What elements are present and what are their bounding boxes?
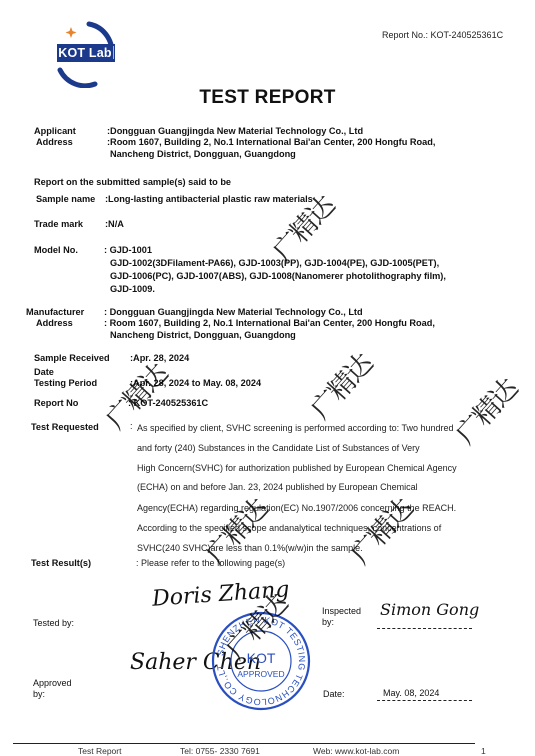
inspected-by-signature: Simon Gong [380,600,479,619]
test-requested-line: SVHC(240 SVHC)are less than 0.1%(w/w)in … [137,543,363,553]
manufacturer-label: Manufacturer [26,307,84,317]
manufacturer-address-line2: Nancheng District, Dongguan, Guangdong [110,330,296,340]
applicant-address-line2: Nancheng District, Dongguan, Guangdong [110,149,296,159]
model-no-line: GJD-1009. [110,284,155,294]
model-no-line: : GJD-1001 [104,245,152,255]
model-no-line: GJD-1006(PC), GJD-1007(ABS), GJD-1008(Na… [110,271,446,281]
report-no-label: Report No [34,398,78,408]
model-no-label: Model No. [34,245,78,255]
footer-web: Web: www.kot-lab.com [313,746,399,756]
svg-text:APPROVED: APPROVED [237,669,284,679]
testing-period-label: Testing Period [34,378,97,388]
inspected-by-label-2: by: [322,617,334,627]
manufacturer-address-label: Address [36,318,73,328]
star-icon [66,27,77,38]
page-title: TEST REPORT [0,87,535,109]
applicant-address-line1: :Room 1607, Building 2, No.1 Internation… [107,137,435,147]
watermark: 广精达 [445,369,524,451]
manufacturer-address-line1: : Room 1607, Building 2, No.1 Internatio… [104,318,435,328]
test-results-value: : Please refer to the following page(s) [136,558,285,568]
sample-received-label: Sample Received [34,353,110,363]
approved-by-label: Approved [33,678,72,688]
footer-title: Test Report [78,746,121,756]
inspected-by-label: Inspected [322,606,361,616]
date-label: Date: [323,689,345,699]
sample-received-value: :Apr. 28, 2024 [130,353,189,363]
sample-received-label-date: Date [34,367,54,377]
report-number-header: Report No.: KOT-240525361C [382,30,503,40]
tested-by-signature: Doris Zhang [151,577,290,612]
approval-stamp: SHENZHEN KOT TESTING TECHNOLOGY CO.,LTD … [211,611,311,711]
kot-lab-logo: KOT Lab [55,18,125,88]
test-results-label: Test Result(s) [31,558,91,568]
footer-page-number: 1 [481,746,486,756]
watermark: 广精达 [300,344,379,426]
tested-by-label: Tested by: [33,618,74,628]
report-intro: Report on the submitted sample(s) said t… [34,177,231,187]
svg-text:KOT: KOT [247,650,276,666]
test-requested-line: High Concern(SVHC) for authorization pub… [137,463,457,473]
inspected-by-line [377,628,472,629]
approved-by-label-2: by: [33,689,45,699]
testing-period-value: :Apr. 28, 2024 to May. 08, 2024 [130,378,261,388]
date-value: May. 08, 2024 [383,688,439,698]
test-requested-line: and forty (240) Substances in the Candid… [137,443,420,453]
manufacturer-value: : Dongguan Guangjingda New Material Tech… [104,307,363,317]
report-no-value: : KOT-240525361C [128,398,208,408]
footer-divider [13,743,475,744]
test-requested-line: (ECHA) on and before Jan. 23, 2024 publi… [137,482,418,492]
sample-name-label: Sample name [36,194,95,204]
test-requested-line: Agency(ECHA) regarding regulation(EC) No… [137,503,456,513]
applicant-label: Applicant [34,126,76,136]
logo-text: KOT Lab [57,44,115,62]
trade-mark-label: Trade mark [34,219,83,229]
sample-name-value: :Long-lasting antibacterial plastic raw … [105,194,313,204]
applicant-value: :Dongguan Guangjingda New Material Techn… [107,126,363,136]
footer-tel: Tel: 0755- 2330 7691 [180,746,260,756]
test-requested-line: As specified by client, SVHC screening i… [137,423,454,433]
applicant-address-label: Address [36,137,73,147]
model-no-line: GJD-1002(3DFilament-PA66), GJD-1003(PP),… [110,258,439,268]
test-requested-colon: : [130,421,133,431]
date-line [377,700,472,701]
trade-mark-value: :N/A [105,219,124,229]
test-requested-label: Test Requested [31,422,99,432]
test-requested-line: According to the specified scope andanal… [137,523,441,533]
